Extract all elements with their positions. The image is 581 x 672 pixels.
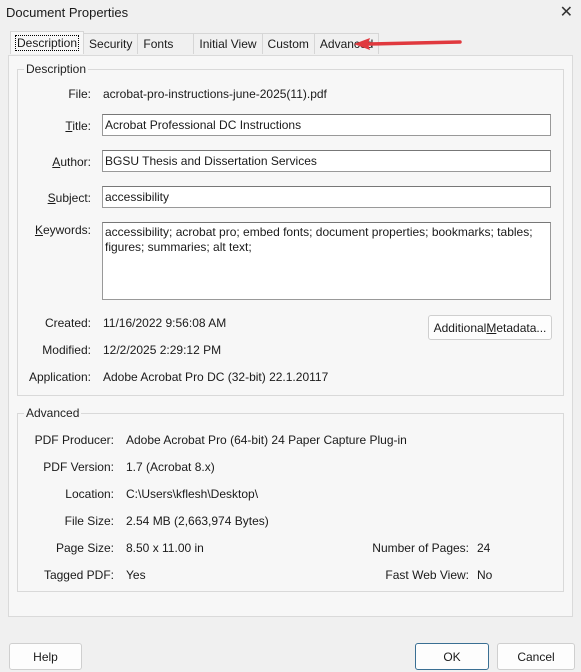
fast-web-view-value: No [477,568,492,582]
file-label: File: [11,87,91,101]
window-title: Document Properties [6,5,128,20]
tagged-pdf-label: Tagged PDF: [15,568,114,582]
file-size-label: File Size: [15,514,114,528]
subject-label: Subject: [11,191,91,205]
author-input[interactable] [102,150,551,172]
location-value: C:\Users\kflesh\Desktop\ [126,487,258,501]
created-label: Created: [11,316,91,330]
modified-value: 12/2/2025 2:29:12 PM [103,343,221,357]
pdf-version-label: PDF Version: [15,460,114,474]
annotation-arrow-icon [352,36,464,50]
tab-custom[interactable]: Custom [262,33,315,54]
additional-metadata-button[interactable]: Additional Metadata... [428,315,552,340]
fast-web-view-label: Fast Web View: [359,568,469,582]
tab-panel: Description File: acrobat-pro-instructio… [8,55,573,617]
file-value: acrobat-pro-instructions-june-2025(11).p… [103,87,327,101]
tab-description[interactable]: Description [10,31,84,54]
file-size-value: 2.54 MB (2,663,974 Bytes) [126,514,269,528]
number-of-pages-label: Number of Pages: [359,541,469,555]
application-label: Application: [11,370,91,384]
application-value: Adobe Acrobat Pro DC (32-bit) 22.1.20117 [103,370,328,384]
advanced-legend: Advanced [24,406,81,420]
title-label: Title: [11,119,91,133]
ok-button[interactable]: OK [415,643,489,670]
subject-input[interactable] [102,186,551,208]
title-bar: Document Properties ✕ [0,0,581,28]
page-size-label: Page Size: [15,541,114,555]
pdf-version-value: 1.7 (Acrobat 8.x) [126,460,215,474]
tab-bar: Description Security Fonts Initial View … [10,33,378,55]
description-legend: Description [24,62,88,76]
keywords-textarea[interactable]: accessibility; acrobat pro; embed fonts;… [102,222,551,300]
close-icon[interactable]: ✕ [560,2,573,22]
number-of-pages-value: 24 [477,541,490,555]
page-size-value: 8.50 x 11.00 in [126,541,204,555]
pdf-producer-label: PDF Producer: [15,433,114,447]
title-input[interactable] [102,114,551,136]
author-label: Author: [11,155,91,169]
modified-label: Modified: [11,343,91,357]
tab-initial-view[interactable]: Initial View [193,33,262,54]
cancel-button[interactable]: Cancel [497,643,575,670]
pdf-producer-value: Adobe Acrobat Pro (64-bit) 24 Paper Capt… [126,433,407,447]
keywords-label: Keywords: [11,223,91,237]
location-label: Location: [15,487,114,501]
tab-security[interactable]: Security [83,33,138,54]
tagged-pdf-value: Yes [126,568,146,582]
tab-fonts[interactable]: Fonts [137,33,194,54]
created-value: 11/16/2022 9:56:08 AM [103,316,226,330]
help-button[interactable]: Help [9,643,82,670]
